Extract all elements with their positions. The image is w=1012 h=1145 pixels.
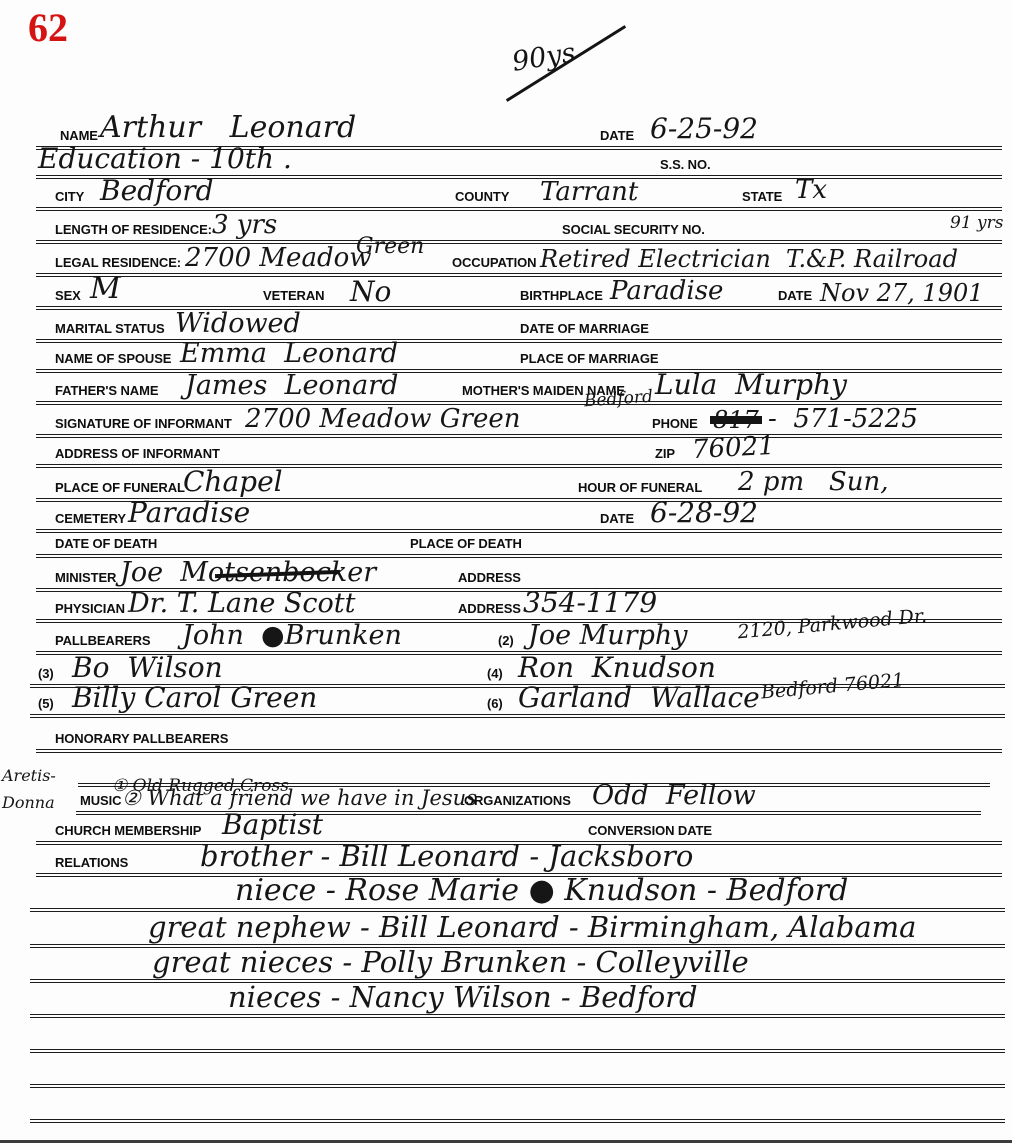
place-of-marriage-label: PLACE OF MARRIAGE [520, 351, 658, 366]
hour-of-funeral-label: HOUR OF FUNERAL [578, 480, 702, 495]
index-number: 62 [28, 8, 68, 48]
residence-length-label: LENGTH OF RESIDENCE: [55, 222, 212, 237]
place-of-funeral-value: Chapel [183, 468, 283, 496]
minister-address-label: ADDRESS [458, 570, 521, 585]
fathers-name-label: FATHER'S NAME [55, 383, 158, 398]
place-of-funeral-label: PLACE OF FUNERAL [55, 480, 185, 495]
marital-status-value: Widowed [175, 310, 301, 337]
county-value: Tarrant [540, 179, 638, 205]
row-blank-2 [30, 1050, 1005, 1088]
ss-no-label: S.S. NO. [660, 157, 711, 172]
conversion-date-label: CONVERSION DATE [588, 823, 712, 838]
relation-line-3: great nephew - Bill Leonard - Birmingham… [148, 913, 916, 942]
pallbearer-4-number: (4) [487, 666, 503, 681]
pallbearer-2-number: (2) [498, 633, 514, 648]
name-value: Arthur Leonard [100, 113, 356, 143]
pallbearer-5-value: Billy Carol Green [72, 684, 317, 712]
pallbearer-1-value: John ●Brunken [182, 622, 402, 649]
minister-label: MINISTER [55, 570, 116, 585]
date-of-death-label: DATE OF DEATH [55, 536, 157, 551]
organizations-value: Odd Fellow [592, 782, 756, 809]
music-song-2: ② What a friend we have in Jesus [122, 788, 477, 809]
phone-area-code-crossed-out: 817 [710, 408, 762, 432]
occupation-value: Retired Electrician T.&P. Railroad [540, 247, 958, 271]
row-relations-2: niece - Rose Marie ● Knudson - Bedford [30, 874, 1005, 912]
date-of-marriage-label: DATE OF MARRIAGE [520, 321, 649, 336]
state-value: Tx [795, 177, 827, 203]
relation-line-5: nieces - Nancy Wilson - Bedford [228, 983, 698, 1012]
legal-residence-label: LEGAL RESIDENCE: [55, 255, 181, 270]
address-of-informant-label: ADDRESS OF INFORMANT [55, 446, 220, 461]
zip-label: ZIP [655, 446, 675, 461]
sex-label: SEX [55, 288, 81, 303]
row-informant-address: ADDRESS OF INFORMANT ZIP 76021 [36, 430, 1002, 468]
physician-value: Dr. T. Lane Scott [128, 590, 356, 617]
phone-value: - 571-5225 [768, 406, 918, 432]
row-relations-5: nieces - Nancy Wilson - Bedford [30, 980, 1005, 1018]
pallbearer-6-value: Garland Wallace [518, 684, 760, 712]
education-value: Education - 10th . [38, 145, 292, 173]
date-value: 6-25-92 [650, 115, 758, 143]
row-relations-1: RELATIONS brother - Bill Leonard - Jacks… [36, 839, 1002, 877]
informant-city-note: Bedford [583, 389, 653, 411]
funeral-record-form: 62 90ys NAME Arthur Leonard DATE 6-25-92… [0, 0, 1012, 1145]
state-label: STATE [742, 189, 782, 204]
margin-note-aretis: Aretis- [2, 766, 56, 785]
relations-label: RELATIONS [55, 855, 128, 870]
physician-address-value: 354-1179 [523, 589, 657, 617]
relation-line-1: brother - Bill Leonard - Jacksboro [200, 842, 693, 871]
pallbearer-5-number: (5) [38, 696, 54, 711]
birthplace-value: Paradise [610, 278, 723, 304]
birth-date-value: Nov 27, 1901 [820, 281, 984, 305]
scan-bottom-edge [0, 1140, 1012, 1143]
row-relations-4: great nieces - Polly Brunken - Colleyvil… [30, 945, 1005, 983]
age-note-crossed-out: 90ys [510, 37, 578, 78]
physician-label: PHYSICIAN [55, 601, 125, 616]
relation-line-4: great nieces - Polly Brunken - Colleyvil… [152, 948, 749, 977]
row-honorary-pallbearers: HONORARY PALLBEARERS [36, 715, 1002, 753]
organizations-label: ORGANIZATIONS [464, 793, 571, 808]
legal-residence-value-raised: Green [356, 236, 424, 258]
row-death: DATE OF DEATH PLACE OF DEATH [36, 520, 1002, 558]
informant-signature-value: 2700 Meadow Green [245, 406, 520, 432]
relation-line-2: niece - Rose Marie ● Knudson - Bedford [235, 876, 848, 906]
residence-length-value: 3 yrs [212, 212, 277, 238]
church-membership-label: CHURCH MEMBERSHIP [55, 823, 201, 838]
honorary-pallbearers-label: HONORARY PALLBEARERS [55, 731, 228, 746]
mothers-maiden-name-value: Lula Murphy [655, 371, 847, 399]
row-pallbearers-5-6: (5) Billy Carol Green (6) Garland Wallac… [30, 680, 1005, 718]
spouse-value: Emma Leonard [180, 340, 398, 367]
pallbearers-label: PALLBEARERS [55, 633, 150, 648]
sex-value: M [90, 274, 121, 304]
pallbearer-3-number: (3) [38, 666, 54, 681]
age-note-right: 91 yrs [950, 215, 1004, 232]
county-label: COUNTY [455, 189, 509, 204]
spouse-label: NAME OF SPOUSE [55, 351, 171, 366]
place-of-death-label: PLACE OF DEATH [410, 536, 522, 551]
pallbearer-4-value: Ron Knudson [518, 654, 716, 682]
birthplace-label: BIRTHPLACE [520, 288, 603, 303]
row-blank-1 [30, 1015, 1005, 1053]
city-value: Bedford [100, 177, 214, 205]
pallbearer-2-value: Joe Murphy [528, 622, 688, 649]
fathers-name-value: James Leonard [185, 372, 398, 399]
zip-value: 76021 [691, 433, 775, 463]
phone-label: PHONE [652, 416, 698, 431]
city-label: CITY [55, 189, 84, 204]
pallbearer-6-number: (6) [487, 696, 503, 711]
physician-address-label: ADDRESS [458, 601, 521, 616]
pallbearer-3-value: Bo Wilson [72, 654, 223, 682]
legal-residence-value: 2700 Meadow [185, 245, 372, 271]
occupation-label: OCCUPATION [452, 255, 536, 270]
marital-status-label: MARITAL STATUS [55, 321, 165, 336]
row-blank-3 [30, 1085, 1005, 1123]
signature-of-informant-label: SIGNATURE OF INFORMANT [55, 416, 232, 431]
birth-date-label: DATE [778, 288, 812, 303]
veteran-label: VETERAN [263, 288, 324, 303]
church-membership-value: Baptist [222, 811, 323, 839]
hour-of-funeral-value: 2 pm Sun, [738, 469, 888, 495]
row-relations-3: great nephew - Bill Leonard - Birmingham… [30, 910, 1005, 948]
veteran-value: No [350, 278, 391, 306]
ssn-label: SOCIAL SECURITY NO. [562, 222, 705, 237]
music-label: MUSIC [80, 793, 121, 808]
